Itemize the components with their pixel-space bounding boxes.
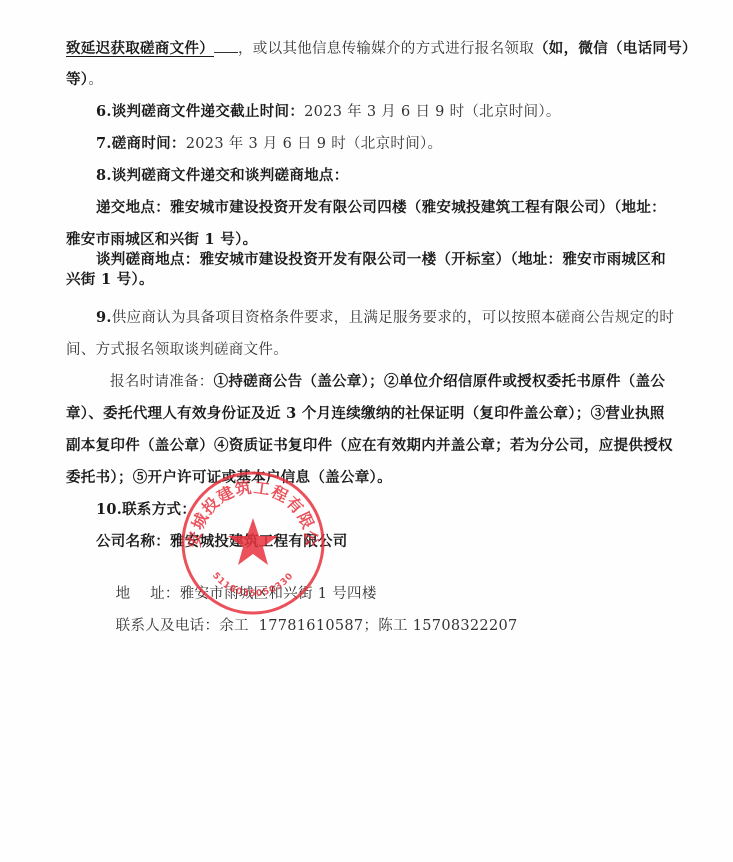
item-10-contact-heading: 10.联系方式： bbox=[96, 500, 196, 520]
registration-text: 委托书）；⑤开户许可证或基本户信息（盖公章）。 bbox=[66, 469, 392, 486]
location-text: 雅安城市建设投资开发有限公司一楼（开标室）（地址：雅安市雨城区和 bbox=[200, 251, 666, 268]
contact-persons: 联系人及电话：余工 17781610587；陈工 15708322207 bbox=[96, 596, 518, 656]
contact-person-phones: 余工 17781610587；陈工 15708322207 bbox=[219, 618, 517, 634]
location-label: 递交地点： bbox=[96, 199, 170, 216]
body-text: ，或以其他信息传输媒介的方式进行报名领取 bbox=[238, 41, 534, 57]
negotiation-location-line-1: 谈判磋商地点：雅安城市建设投资开发有限公司一楼（开标室）（地址：雅安市雨城区和 bbox=[96, 250, 666, 270]
bold-text: （如，微信（电话同号） bbox=[534, 40, 697, 57]
item-label: 10.联系方式： bbox=[96, 501, 196, 518]
paragraph-line-2: 等）。 bbox=[66, 70, 103, 90]
location-text: 雅安市雨城区和兴街 1 号）。 bbox=[66, 231, 257, 248]
underline-gap bbox=[214, 38, 238, 53]
location-text: 兴街 1 号）。 bbox=[66, 271, 154, 288]
negotiation-location-line-2: 兴街 1 号）。 bbox=[66, 270, 154, 290]
contact-company: 公司名称：雅安城投建筑工程有限公司 bbox=[96, 532, 348, 552]
body-text: 。 bbox=[88, 72, 103, 88]
item-label: 7.磋商时间： bbox=[96, 135, 186, 152]
registration-text: ①持磋商公告（盖公章）；②单位介绍信原件或授权委托书原件（盖公 bbox=[214, 373, 666, 390]
item-6-deadline: 6.谈判磋商文件递交截止时间：2023 年 3 月 6 日 9 时（北京时间）。 bbox=[96, 102, 561, 122]
location-label: 谈判磋商地点： bbox=[96, 251, 200, 268]
item-label: 8.谈判磋商文件递交和谈判磋商地点： bbox=[96, 167, 349, 184]
company-label: 公司名称： bbox=[96, 533, 170, 550]
item-value: 2023 年 3 月 6 日 9 时（北京时间）。 bbox=[304, 104, 561, 120]
item-9-line-2: 间、方式报名领取谈判磋商文件。 bbox=[66, 340, 288, 360]
company-name: 雅安城投建筑工程有限公司 bbox=[170, 533, 348, 550]
submit-location-line-2: 雅安市雨城区和兴街 1 号）。 bbox=[66, 230, 257, 250]
document-page: 致延迟获取磋商文件），或以其他信息传输媒介的方式进行报名领取（如，微信（电话同号… bbox=[0, 0, 733, 862]
item-number: 9. bbox=[96, 309, 112, 326]
item-7-consultation-time: 7.磋商时间：2023 年 3 月 6 日 9 时（北京时间）。 bbox=[96, 134, 442, 154]
registration-text: 章）、委托代理人有效身份证及近 3 个月连续缴纳的社保证明（复印件盖公章）；③营… bbox=[66, 405, 665, 422]
contact-person-label: 联系人及电话： bbox=[116, 618, 220, 634]
registration-line-2: 章）、委托代理人有效身份证及近 3 个月连续缴纳的社保证明（复印件盖公章）；③营… bbox=[66, 404, 665, 424]
item-value: 2023 年 3 月 6 日 9 时（北京时间）。 bbox=[186, 136, 443, 152]
bold-text: 等） bbox=[66, 71, 88, 88]
item-8-locations-heading: 8.谈判磋商文件递交和谈判磋商地点： bbox=[96, 166, 349, 186]
underlined-text: 致延迟获取磋商文件） bbox=[66, 40, 214, 57]
item-label: 6.谈判磋商文件递交截止时间： bbox=[96, 103, 304, 120]
registration-line-4: 委托书）；⑤开户许可证或基本户信息（盖公章）。 bbox=[66, 468, 392, 488]
body-text: 间、方式报名领取谈判磋商文件。 bbox=[66, 342, 288, 358]
registration-line-3: 副本复印件（盖公章）④资质证书复印件（应在有效期内并盖公章；若为分公司，应提供授… bbox=[66, 436, 673, 456]
body-text: 供应商认为具备项目资格条件要求，且满足服务要求的，可以按照本磋商公告规定的时 bbox=[112, 310, 674, 326]
paragraph-line-1: 致延迟获取磋商文件），或以其他信息传输媒介的方式进行报名领取（如，微信（电话同号… bbox=[66, 38, 697, 59]
location-text: 雅安城市建设投资开发有限公司四楼（雅安城投建筑工程有限公司）（地址： bbox=[170, 199, 666, 216]
registration-text: 副本复印件（盖公章）④资质证书复印件（应在有效期内并盖公章；若为分公司，应提供授… bbox=[66, 437, 673, 454]
item-9-line-1: 9.供应商认为具备项目资格条件要求，且满足服务要求的，可以按照本磋商公告规定的时 bbox=[96, 308, 674, 328]
submit-location-line-1: 递交地点：雅安城市建设投资开发有限公司四楼（雅安城投建筑工程有限公司）（地址： bbox=[96, 198, 666, 218]
registration-line-1: 报名时请准备：①持磋商公告（盖公章）；②单位介绍信原件或授权委托书原件（盖公 bbox=[110, 372, 665, 392]
registration-label: 报名时请准备： bbox=[110, 374, 214, 390]
